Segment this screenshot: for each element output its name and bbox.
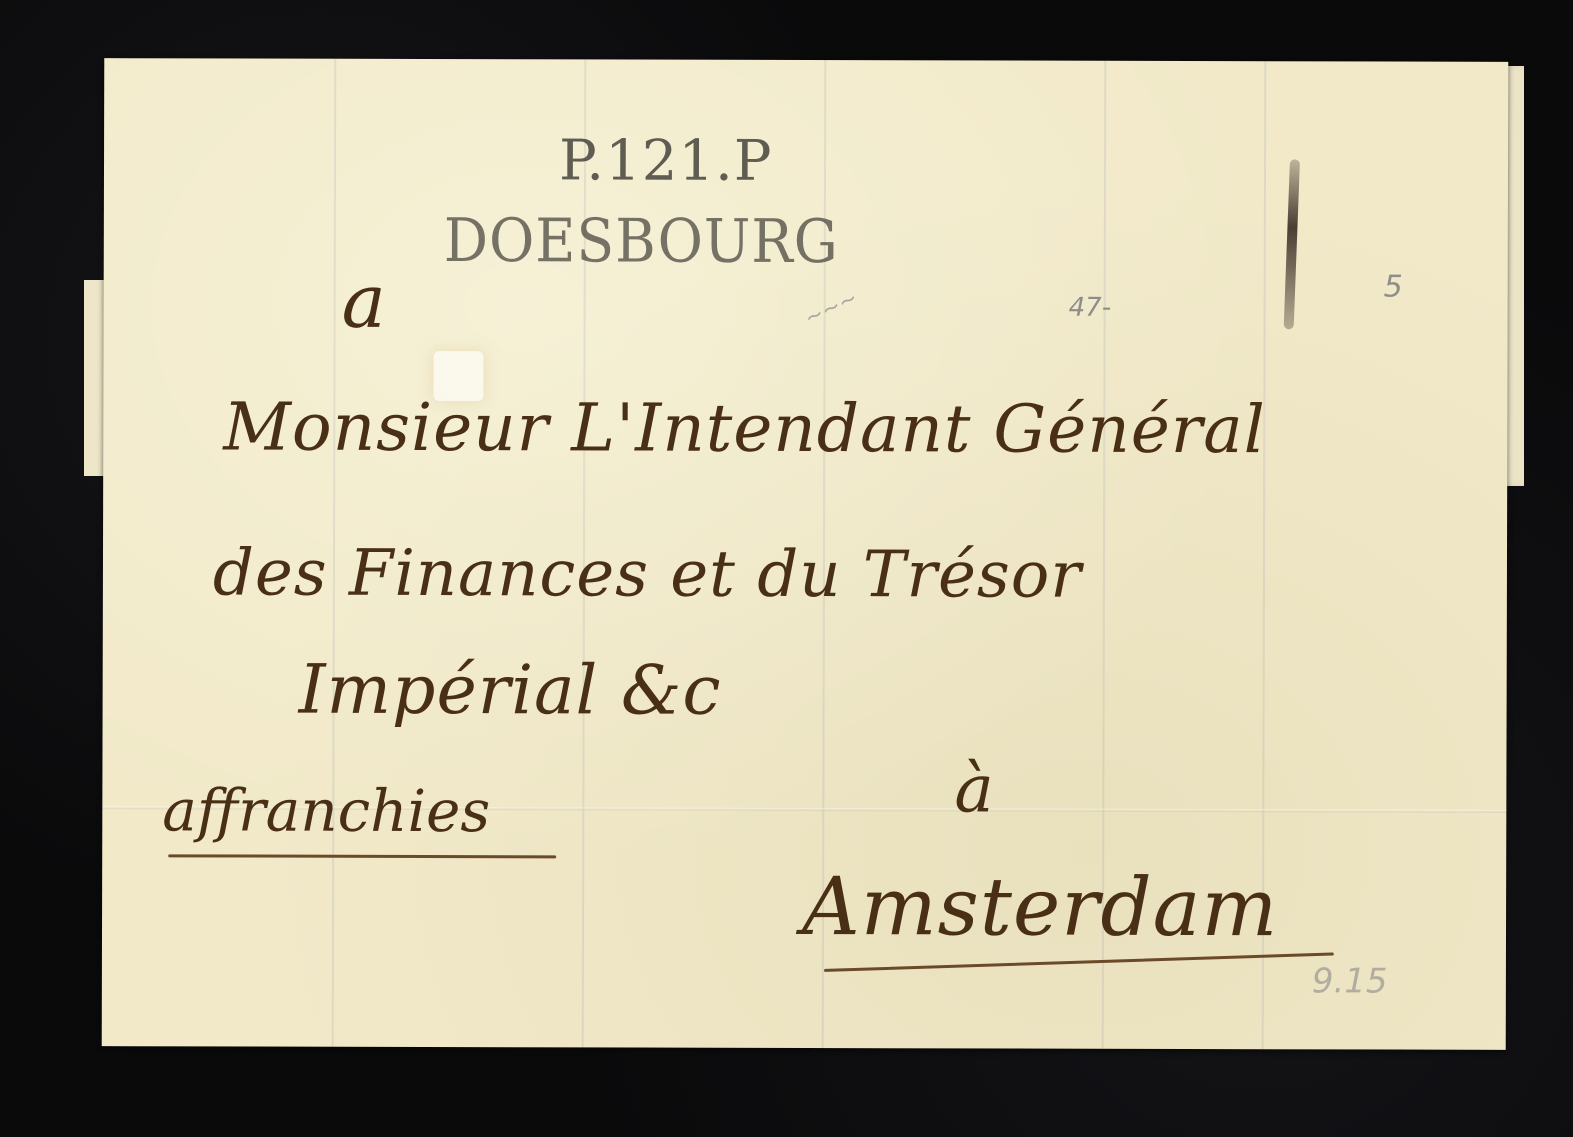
pencil-scribble: ~~~ [801,286,862,332]
postmark-town-name: DOESBOURG [444,211,839,272]
postmark-department-number: P.121.P [559,133,773,190]
address-salutation: a [342,259,386,345]
folded-letter: P.121.P DOESBOURG 47- 5 9.15 ~~~ a Monsi… [102,58,1509,1050]
address-line-1: Monsieur L'Intendant Général [223,388,1266,468]
pencil-note: 9.15 [1312,961,1388,1001]
franking-endorsement: affranchies [162,776,490,845]
address-city: Amsterdam [802,860,1278,954]
endorsement-underline [168,854,556,858]
address-preposition: à [954,750,994,827]
address-line-2: des Finances et du Trésor [213,536,1082,612]
city-underline [824,952,1334,971]
address-line-3: Impérial &c [299,651,722,731]
pencil-note: 47- [1069,293,1112,323]
manuscript-rate-mark [1284,159,1300,329]
pencil-note: 5 [1384,270,1403,305]
